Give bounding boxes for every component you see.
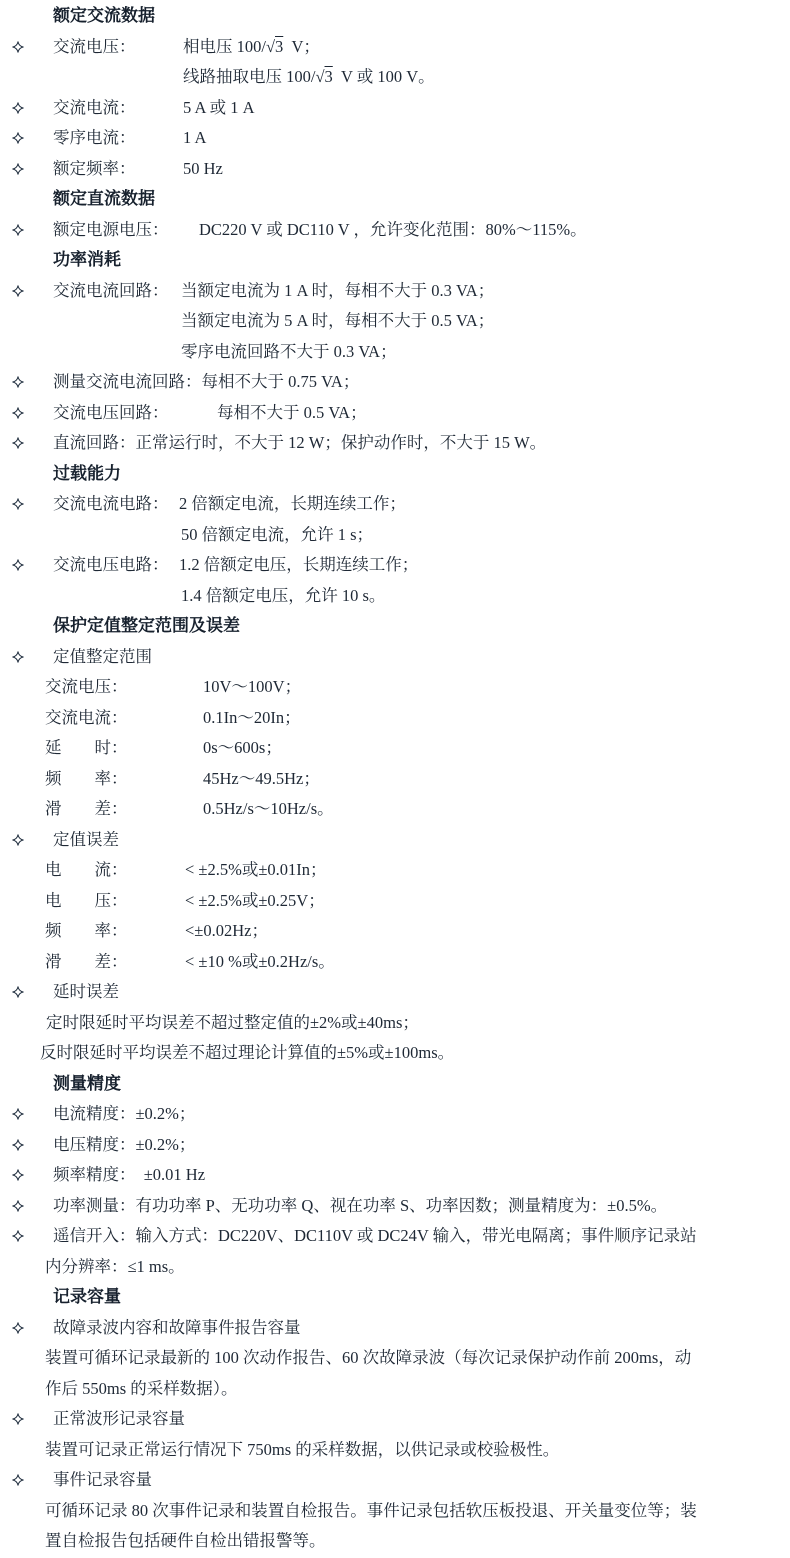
spec-text: 0.1In～20In；	[203, 708, 301, 727]
spec-text: 遥信开入：输入方式：DC220V、DC110V 或 DC24V 输入，带光电隔离…	[53, 1226, 697, 1245]
section-heading: 额定直流数据	[0, 184, 790, 215]
section-title: 过载能力	[53, 464, 121, 483]
spec-text: 正常波形记录容量	[53, 1409, 185, 1428]
spec-label: 交流电流：	[53, 93, 183, 124]
spec-label: 电 压：	[45, 886, 185, 917]
spec-text: 1 A	[183, 128, 206, 147]
spec-item: 电压精度：±0.2%；	[0, 1130, 790, 1161]
spec-label: 电 流：	[45, 855, 185, 886]
spec-continuation: 装置可记录正常运行情况下 750ms 的采样数据，以供记录或校验极性。	[0, 1435, 790, 1466]
diamond-bullet-icon	[12, 1108, 24, 1120]
diamond-bullet-icon	[12, 132, 24, 144]
spec-label: 交流电流：	[45, 703, 203, 734]
spec-text: 装置可循环记录最新的 100 次动作报告、60 次故障录波（每次记录保护动作前 …	[45, 1348, 691, 1367]
spec-item: 测量交流电流回路：每相不大于 0.75 VA；	[0, 367, 790, 398]
section-title: 额定交流数据	[53, 6, 155, 25]
spec-text: 10V～100V；	[203, 677, 301, 696]
diamond-bullet-icon	[12, 1230, 24, 1242]
spec-text: < ±10 %或±0.2Hz/s。	[185, 952, 335, 971]
section-title: 保护定值整定范围及误差	[53, 616, 240, 635]
diamond-bullet-icon	[12, 559, 24, 571]
spec-item: 定值整定范围	[0, 642, 790, 673]
section-title: 功率消耗	[53, 250, 121, 269]
diamond-bullet-icon	[12, 41, 24, 53]
spec-subrow: 交流电流：0.1In～20In；	[0, 703, 790, 734]
spec-item: 定值误差	[0, 825, 790, 856]
spec-item: 交流电流电路：2 倍额定电流，长期连续工作；	[0, 489, 790, 520]
spec-continuation: 内分辨率：≤1 ms。	[0, 1252, 790, 1283]
spec-text: 每相不大于 0.5 VA；	[217, 403, 367, 422]
spec-label: 交流电压电路：	[53, 550, 179, 581]
spec-text: 频率精度： ±0.01 Hz	[53, 1165, 205, 1184]
diamond-bullet-icon	[12, 407, 24, 419]
spec-text: 2 倍额定电流，长期连续工作；	[179, 494, 406, 513]
diamond-bullet-icon	[12, 1139, 24, 1151]
spec-text: 定时限延时平均误差不超过整定值的±2%或±40ms；	[46, 1013, 419, 1032]
spec-continuation: 50 倍额定电流，允许 1 s；	[0, 520, 790, 551]
spec-continuation: 当额定电流为 5 A 时，每相不大于 0.5 VA；	[0, 306, 790, 337]
spec-text: < ±2.5%或±0.25V；	[185, 891, 325, 910]
spec-label: 交流电压回路：	[53, 398, 217, 429]
section-heading: 过载能力	[0, 459, 790, 490]
diamond-bullet-icon	[12, 285, 24, 297]
spec-text: 当额定电流为 5 A 时，每相不大于 0.5 VA；	[181, 311, 494, 330]
spec-label: 额定电源电压：	[53, 215, 199, 246]
spec-item: 正常波形记录容量	[0, 1404, 790, 1435]
spec-label: 频 率：	[45, 764, 203, 795]
spec-text: 故障录波内容和故障事件报告容量	[53, 1318, 301, 1337]
spec-subrow: 滑 差：0.5Hz/s～10Hz/s。	[0, 794, 790, 825]
spec-subrow: 交流电压：10V～100V；	[0, 672, 790, 703]
spec-text: 电流精度：±0.2%；	[53, 1104, 195, 1123]
spec-text: 延时误差	[53, 982, 119, 1001]
spec-subrow: 电 流：< ±2.5%或±0.01In；	[0, 855, 790, 886]
spec-label: 交流电压：	[45, 672, 203, 703]
diamond-bullet-icon	[12, 1322, 24, 1334]
spec-continuation: 作后 550ms 的采样数据）。	[0, 1374, 790, 1405]
spec-text: 电压精度：±0.2%；	[53, 1135, 195, 1154]
spec-item: 交流电压电路：1.2 倍额定电压，长期连续工作；	[0, 550, 790, 581]
spec-text: 当额定电流为 1 A 时，每相不大于 0.3 VA；	[181, 281, 494, 300]
spec-text: 零序电流回路不大于 0.3 VA；	[181, 342, 397, 361]
spec-text: 直流回路：正常运行时，不大于 12 W；保护动作时，不大于 15 W。	[53, 433, 546, 452]
diamond-bullet-icon	[12, 834, 24, 846]
spec-item: 零序电流：1 A	[0, 123, 790, 154]
spec-label: 交流电流回路：	[53, 276, 181, 307]
spec-continuation: 1.4 倍额定电压，允许 10 s。	[0, 581, 790, 612]
spec-item: 频率精度： ±0.01 Hz	[0, 1160, 790, 1191]
diamond-bullet-icon	[12, 1474, 24, 1486]
spec-text: <±0.02Hz；	[185, 921, 268, 940]
spec-label: 交流电流电路：	[53, 489, 179, 520]
spec-label: 滑 差：	[45, 794, 203, 825]
spec-text: 相电压 100/√3 V；	[183, 37, 320, 56]
spec-text: 功率测量：有功功率 P、无功功率 Q、视在功率 S、功率因数；测量精度为：±0.…	[53, 1196, 667, 1215]
diamond-bullet-icon	[12, 376, 24, 388]
spec-item: 故障录波内容和故障事件报告容量	[0, 1313, 790, 1344]
spec-text: 定值整定范围	[53, 647, 152, 666]
spec-subrow: 滑 差：< ±10 %或±0.2Hz/s。	[0, 947, 790, 978]
spec-label: 额定频率：	[53, 154, 183, 185]
section-heading: 额定交流数据	[0, 1, 790, 32]
spec-label: 滑 差：	[45, 947, 185, 978]
spec-subrow: 延 时：0s～600s；	[0, 733, 790, 764]
spec-continuation: 可循环记录 80 次事件记录和装置自检报告。事件记录包括软压板投退、开关量变位等…	[0, 1496, 790, 1527]
spec-continuation: 线路抽取电压 100/√3 V 或 100 V。	[0, 62, 790, 93]
spec-text: 事件记录容量	[53, 1470, 152, 1489]
spec-text: 装置可记录正常运行情况下 750ms 的采样数据，以供记录或校验极性。	[45, 1440, 559, 1459]
spec-continuation: 定时限延时平均误差不超过整定值的±2%或±40ms；	[0, 1008, 790, 1039]
spec-document: 额定交流数据交流电压：相电压 100/√3 V；线路抽取电压 100/√3 V …	[0, 0, 790, 1557]
spec-text: 作后 550ms 的采样数据）。	[45, 1379, 238, 1398]
diamond-bullet-icon	[12, 102, 24, 114]
spec-text: 1.2 倍额定电压，长期连续工作；	[179, 555, 418, 574]
section-title: 额定直流数据	[53, 189, 155, 208]
spec-text: 50 倍额定电流，允许 1 s；	[181, 525, 373, 544]
spec-text: 50 Hz	[183, 159, 223, 178]
spec-item: 交流电流回路：当额定电流为 1 A 时，每相不大于 0.3 VA；	[0, 276, 790, 307]
section-title: 记录容量	[53, 1287, 121, 1306]
diamond-bullet-icon	[12, 437, 24, 449]
spec-text: 置自检报告包括硬件自检出错报警等。	[45, 1531, 326, 1550]
spec-continuation: 装置可循环记录最新的 100 次动作报告、60 次故障录波（每次记录保护动作前 …	[0, 1343, 790, 1374]
spec-text: 45Hz～49.5Hz；	[203, 769, 320, 788]
spec-text: 可循环记录 80 次事件记录和装置自检报告。事件记录包括软压板投退、开关量变位等…	[45, 1501, 697, 1520]
spec-item: 功率测量：有功功率 P、无功功率 Q、视在功率 S、功率因数；测量精度为：±0.…	[0, 1191, 790, 1222]
spec-item: 额定电源电压：DC220 V 或 DC110 V ，允许变化范围：80%～115…	[0, 215, 790, 246]
section-heading: 测量精度	[0, 1069, 790, 1100]
diamond-bullet-icon	[12, 224, 24, 236]
spec-item: 额定频率：50 Hz	[0, 154, 790, 185]
spec-subrow: 电 压：< ±2.5%或±0.25V；	[0, 886, 790, 917]
spec-item: 交流电压回路：每相不大于 0.5 VA；	[0, 398, 790, 429]
spec-text: 测量交流电流回路：每相不大于 0.75 VA；	[53, 372, 359, 391]
spec-text: 0.5Hz/s～10Hz/s。	[203, 799, 334, 818]
spec-continuation: 置自检报告包括硬件自检出错报警等。	[0, 1526, 790, 1557]
spec-item: 直流回路：正常运行时，不大于 12 W；保护动作时，不大于 15 W。	[0, 428, 790, 459]
spec-text: 5 A 或 1 A	[183, 98, 255, 117]
section-heading: 功率消耗	[0, 245, 790, 276]
spec-item: 电流精度：±0.2%；	[0, 1099, 790, 1130]
spec-item: 事件记录容量	[0, 1465, 790, 1496]
spec-text: DC220 V 或 DC110 V ，允许变化范围：80%～115%。	[199, 220, 587, 239]
diamond-bullet-icon	[12, 986, 24, 998]
diamond-bullet-icon	[12, 498, 24, 510]
spec-text: 定值误差	[53, 830, 119, 849]
spec-text: 1.4 倍额定电压，允许 10 s。	[181, 586, 385, 605]
spec-text: 0s～600s；	[203, 738, 282, 757]
spec-item: 交流电压：相电压 100/√3 V；	[0, 32, 790, 63]
spec-text: < ±2.5%或±0.01In；	[185, 860, 327, 879]
spec-subrow: 频 率：45Hz～49.5Hz；	[0, 764, 790, 795]
spec-label: 频 率：	[45, 916, 185, 947]
spec-item: 遥信开入：输入方式：DC220V、DC110V 或 DC24V 输入，带光电隔离…	[0, 1221, 790, 1252]
section-title: 测量精度	[53, 1074, 121, 1093]
spec-continuation: 反时限延时平均误差不超过理论计算值的±5%或±100ms。	[0, 1038, 790, 1069]
diamond-bullet-icon	[12, 1413, 24, 1425]
section-heading: 记录容量	[0, 1282, 790, 1313]
spec-subrow: 频 率：<±0.02Hz；	[0, 916, 790, 947]
diamond-bullet-icon	[12, 1169, 24, 1181]
spec-label: 零序电流：	[53, 123, 183, 154]
spec-item: 延时误差	[0, 977, 790, 1008]
spec-text: 内分辨率：≤1 ms。	[45, 1257, 185, 1276]
diamond-bullet-icon	[12, 1200, 24, 1212]
spec-label: 交流电压：	[53, 32, 183, 63]
spec-label: 延 时：	[45, 733, 203, 764]
spec-item: 交流电流：5 A 或 1 A	[0, 93, 790, 124]
spec-continuation: 零序电流回路不大于 0.3 VA；	[0, 337, 790, 368]
diamond-bullet-icon	[12, 163, 24, 175]
section-heading: 保护定值整定范围及误差	[0, 611, 790, 642]
spec-text: 线路抽取电压 100/√3 V 或 100 V。	[183, 67, 435, 86]
spec-text: 反时限延时平均误差不超过理论计算值的±5%或±100ms。	[40, 1043, 454, 1062]
diamond-bullet-icon	[12, 651, 24, 663]
